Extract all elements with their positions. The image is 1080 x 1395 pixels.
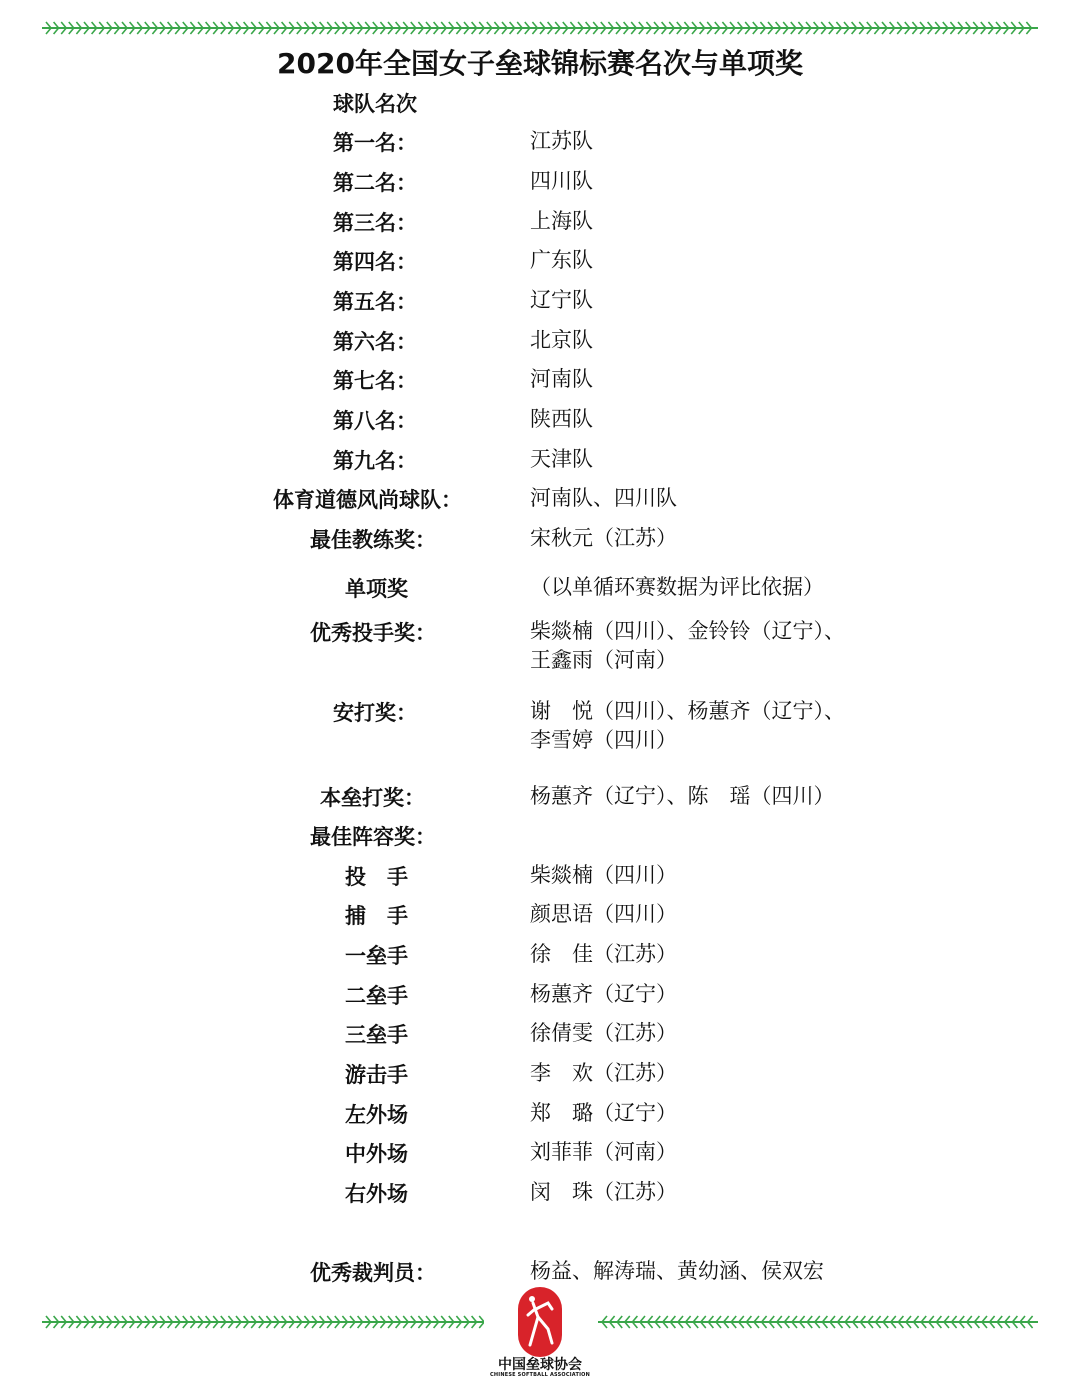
best-lineup-header-row: 最佳阵容奖： <box>0 821 1080 855</box>
umpires-row: 优秀裁判员： 杨益、解涛瑞、黄幼涵、侯双宏 <box>0 1257 1080 1291</box>
rank-row: 第二名： 四川队 <box>0 167 1080 201</box>
pitcher-award-label: 优秀投手奖： <box>310 617 436 647</box>
rank-team: 广东队 <box>530 246 593 275</box>
umpires-label: 优秀裁判员： <box>310 1257 436 1287</box>
position-label: 投 手 <box>345 861 408 891</box>
lineup-row: 三垒手 徐倩雯（江苏） <box>0 1019 1080 1053</box>
player-name: 徐倩雯（江苏） <box>530 1019 677 1048</box>
player-name: 柴燚楠（四川） <box>530 861 677 890</box>
rank-row: 第四名： 广东队 <box>0 246 1080 280</box>
team-rank-header: 球队名次 <box>333 88 417 118</box>
best-coach-value: 宋秋元（江苏） <box>530 524 677 553</box>
sportsmanship-row: 体育道德风尚球队： 河南队、四川队 <box>0 484 1080 518</box>
hit-award-line1: 谢 悦（四川）、杨蕙齐（辽宁）、 <box>530 697 845 726</box>
rank-label: 第五名： <box>333 286 417 316</box>
bottom-right-stitch-divider <box>598 1315 1038 1329</box>
position-label: 捕 手 <box>345 900 408 930</box>
pitcher-award-line2: 王鑫雨（河南） <box>530 646 677 675</box>
position-label: 左外场 <box>345 1099 408 1129</box>
rank-label: 第一名： <box>333 127 417 157</box>
rank-row: 第七名： 河南队 <box>0 365 1080 399</box>
rank-label: 第六名： <box>333 326 417 356</box>
lineup-row: 游击手 李 欢（江苏） <box>0 1059 1080 1093</box>
hit-award-line2: 李雪婷（四川） <box>530 726 677 755</box>
rank-label: 第二名： <box>333 167 417 197</box>
rank-label: 第八名： <box>333 405 417 435</box>
rank-team: 陕西队 <box>530 405 593 434</box>
rank-team: 上海队 <box>530 207 593 236</box>
player-name: 郑 璐（辽宁） <box>530 1099 677 1128</box>
hit-award-label: 安打奖： <box>333 697 417 727</box>
lineup-row: 右外场 闵 珠（江苏） <box>0 1178 1080 1212</box>
player-name: 颜思语（四川） <box>530 900 677 929</box>
pitcher-award-line1: 柴燚楠（四川）、金铃铃（辽宁）、 <box>530 617 845 646</box>
player-name: 杨蕙齐（辽宁） <box>530 980 677 1009</box>
logo-text-cn: 中国垒球协会 <box>490 1354 590 1374</box>
rank-team: 江苏队 <box>530 127 593 156</box>
bottom-left-stitch-divider <box>42 1315 484 1329</box>
player-name: 刘菲菲（河南） <box>530 1138 677 1167</box>
rank-row: 第九名： 天津队 <box>0 445 1080 479</box>
sportsmanship-value: 河南队、四川队 <box>530 484 677 513</box>
team-rank-header-row: 球队名次 <box>0 88 1080 122</box>
rank-team: 辽宁队 <box>530 286 593 315</box>
pitcher-award-row: 优秀投手奖： 柴燚楠（四川）、金铃铃（辽宁）、 王鑫雨（河南） <box>0 617 1080 681</box>
homerun-award-row: 本垒打奖： 杨蕙齐（辽宁）、陈 瑶（四川） <box>0 782 1080 816</box>
rank-label: 第七名： <box>333 365 417 395</box>
player-name: 闵 珠（江苏） <box>530 1178 677 1207</box>
individual-awards-header: 单项奖 <box>345 573 408 603</box>
rank-row: 第五名： 辽宁队 <box>0 286 1080 320</box>
lineup-row: 一垒手 徐 佳（江苏） <box>0 940 1080 974</box>
rank-label: 第三名： <box>333 207 417 237</box>
lineup-row: 中外场 刘菲菲（河南） <box>0 1138 1080 1172</box>
position-label: 中外场 <box>345 1138 408 1168</box>
homerun-award-value: 杨蕙齐（辽宁）、陈 瑶（四川） <box>530 782 835 811</box>
logo-text-en: CHINESE SOFTBALL ASSOCIATION <box>488 1372 592 1378</box>
rank-team: 四川队 <box>530 167 593 196</box>
rank-row: 第一名： 江苏队 <box>0 127 1080 161</box>
rank-team: 天津队 <box>530 445 593 474</box>
rank-row: 第八名： 陕西队 <box>0 405 1080 439</box>
individual-awards-note: （以单循环赛数据为评比依据） <box>530 573 824 602</box>
rank-team: 北京队 <box>530 326 593 355</box>
rank-team: 河南队 <box>530 365 593 394</box>
lineup-row: 捕 手 颜思语（四川） <box>0 900 1080 934</box>
player-name: 徐 佳（江苏） <box>530 940 677 969</box>
position-label: 一垒手 <box>345 940 408 970</box>
individual-awards-header-row: 单项奖 （以单循环赛数据为评比依据） <box>0 573 1080 607</box>
player-name: 李 欢（江苏） <box>530 1059 677 1088</box>
lineup-row: 二垒手 杨蕙齐（辽宁） <box>0 980 1080 1014</box>
sportsmanship-label: 体育道德风尚球队： <box>273 484 462 514</box>
position-label: 右外场 <box>345 1178 408 1208</box>
best-coach-label: 最佳教练奖： <box>310 524 436 554</box>
best-coach-row: 最佳教练奖： 宋秋元（江苏） <box>0 524 1080 558</box>
position-label: 三垒手 <box>345 1019 408 1049</box>
umpires-value: 杨益、解涛瑞、黄幼涵、侯双宏 <box>530 1257 824 1286</box>
top-stitch-divider <box>42 21 1038 35</box>
rank-label: 第四名： <box>333 246 417 276</box>
page-title: 2020年全国女子垒球锦标赛名次与单项奖 <box>0 42 1080 82</box>
best-lineup-label: 最佳阵容奖： <box>310 821 436 851</box>
position-label: 二垒手 <box>345 980 408 1010</box>
lineup-row: 左外场 郑 璐（辽宁） <box>0 1099 1080 1133</box>
rank-row: 第三名： 上海队 <box>0 207 1080 241</box>
position-label: 游击手 <box>345 1059 408 1089</box>
softball-association-logo-icon <box>518 1287 562 1357</box>
lineup-row: 投 手 柴燚楠（四川） <box>0 861 1080 895</box>
hit-award-row: 安打奖： 谢 悦（四川）、杨蕙齐（辽宁）、 李雪婷（四川） <box>0 697 1080 761</box>
rank-row: 第六名： 北京队 <box>0 326 1080 360</box>
homerun-award-label: 本垒打奖： <box>320 782 425 812</box>
rank-label: 第九名： <box>333 445 417 475</box>
